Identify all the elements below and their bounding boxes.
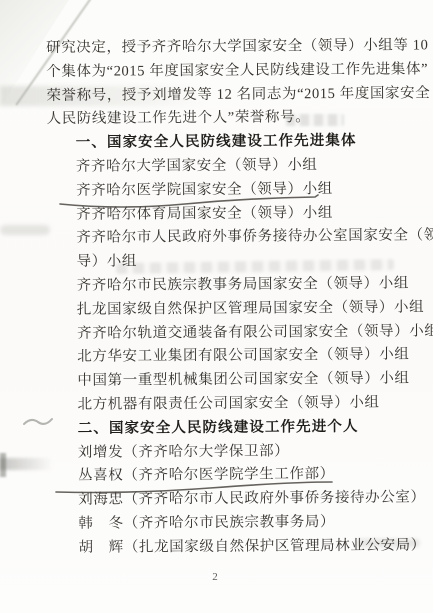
document-page: 研究决定，授予齐齐哈尔大学国家安全（领导）小组等 10 个集体为“2015 年度…: [0, 0, 433, 613]
person-item: 刘增发（齐齐哈尔大学保卫部）: [49, 439, 401, 465]
person-item: 刘海忠（齐齐哈尔市人民政府外事侨务接待办公室）: [49, 486, 401, 512]
page-number: 2: [205, 571, 225, 583]
collective-item: 齐齐哈尔市人民政府外事侨务接待办公室国家安全（领: [47, 224, 399, 250]
collective-item: 中国第一重型机械集团公司国家安全（领导）小组: [48, 367, 400, 393]
section1-heading: 一、国家安全人民防线建设工作先进集体: [47, 129, 399, 155]
collective-item: 齐齐哈尔市民族宗教事务局国家安全（领导）小组: [48, 272, 400, 298]
document-body: 研究决定，授予齐齐哈尔大学国家安全（领导）小组等 10 个集体为“2015 年度…: [46, 34, 402, 560]
paragraph-line: 研究决定，授予齐齐哈尔大学国家安全（领导）小组等 10: [46, 34, 398, 60]
collective-item-wrap: 导）小组: [47, 248, 399, 274]
collective-item: 齐齐哈尔体育局国家安全（领导）小组: [47, 201, 399, 227]
person-item-underlined: 丛喜权（齐齐哈尔医学院学生工作部）: [49, 462, 401, 488]
section2-heading: 二、国家安全人民防线建设工作先进个人: [49, 415, 401, 441]
collective-item: 扎龙国家级自然保护区管理局国家安全（领导）小组: [48, 296, 400, 322]
paragraph-line: 个集体为“2015 年度国家安全人民防线建设工作先进集体”: [46, 58, 398, 84]
collective-item: 北方华安工业集团有限公司国家安全（领导）小组: [48, 343, 400, 369]
person-item: 韩 冬（齐齐哈尔市民族宗教事务局）: [49, 510, 401, 536]
collective-item: 齐齐哈尔大学国家安全（领导）小组: [47, 153, 399, 179]
collective-item: 齐齐哈尔轨道交通装备有限公司国家安全（领导）小组: [48, 320, 400, 346]
collective-item-underlined: 齐齐哈尔医学院国家安全（领导）小组: [47, 177, 399, 203]
paragraph-line: 人民防线建设工作先进个人”荣誉称号。: [46, 105, 398, 131]
scan-smudge: [0, 225, 50, 235]
person-item: 胡 辉（扎龙国家级自然保护区管理局林业公安局）: [49, 534, 401, 560]
collective-item: 北方机器有限责任公司国家安全（领导）小组: [48, 391, 400, 417]
scan-edge-blob: [0, 453, 6, 477]
paragraph-line: 荣誉称号，授予刘增发等 12 名同志为“2015 年度国家安全: [46, 82, 398, 108]
